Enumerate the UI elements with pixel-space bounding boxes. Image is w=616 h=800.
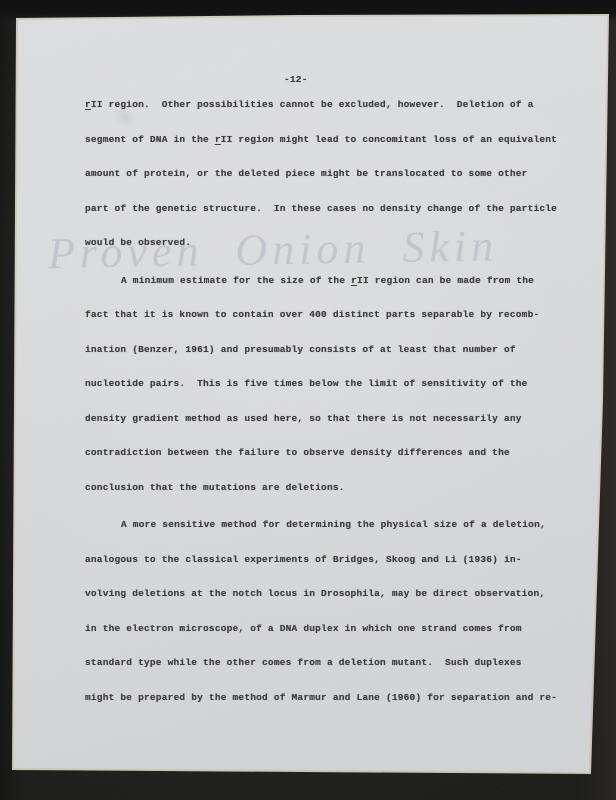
text-line: rII region. Other possibilities cannot b… <box>85 88 567 123</box>
text-segment: density gradient method as used here, so… <box>85 413 522 424</box>
text-line: nucleotide pairs. This is five times bel… <box>85 367 567 402</box>
text-segment: A more sensitive method for determining … <box>121 519 546 530</box>
text-segment: II region might lead to concomitant loss… <box>221 134 557 145</box>
text-line: density gradient method as used here, so… <box>85 402 567 437</box>
paragraph: A minimum estimate for the size of the r… <box>85 264 567 506</box>
text-line: amount of protein, or the deleted piece … <box>85 157 567 192</box>
page-body: rII region. Other possibilities cannot b… <box>85 88 567 715</box>
text-line: contradiction between the failure to obs… <box>85 436 567 471</box>
text-segment: A minimum estimate for the size of the <box>121 275 351 286</box>
text-line: fact that it is known to contain over 40… <box>85 298 567 333</box>
text-line: might be prepared by the method of Marmu… <box>85 681 567 716</box>
text-segment: nucleotide pairs. This is five times bel… <box>85 378 528 389</box>
text-segment: conclusion that the mutations are deleti… <box>85 482 345 493</box>
text-line: part of the genetic structure. In these … <box>85 192 567 227</box>
text-segment: volving deletions at the notch locus in … <box>85 588 545 599</box>
text-segment: would be observed. <box>85 237 191 248</box>
paragraph: A more sensitive method for determining … <box>85 508 567 715</box>
text-segment: segment of DNA in the <box>85 134 215 145</box>
paragraph: rII region. Other possibilities cannot b… <box>85 88 567 261</box>
text-segment: analogous to the classical experiments o… <box>85 554 522 565</box>
text-line: segment of DNA in the rII region might l… <box>85 123 567 158</box>
text-line: standard type while the other comes from… <box>85 646 567 681</box>
scanned-page-scene: Proven Onion Skin -12- rII region. Other… <box>0 0 616 800</box>
text-line: A more sensitive method for determining … <box>85 508 567 543</box>
text-line: ination (Benzer, 1961) and presumably co… <box>85 333 567 368</box>
text-segment: part of the genetic structure. In these … <box>85 203 557 214</box>
text-line: analogous to the classical experiments o… <box>85 543 567 578</box>
text-line: A minimum estimate for the size of the r… <box>85 264 567 299</box>
page-number: -12- <box>284 74 308 85</box>
text-segment: might be prepared by the method of Marmu… <box>85 692 557 703</box>
text-line: conclusion that the mutations are deleti… <box>85 471 567 506</box>
text-line: in the electron microscope, of a DNA dup… <box>85 612 567 647</box>
text-segment: fact that it is known to contain over 40… <box>85 309 539 320</box>
text-line: would be observed. <box>85 226 567 261</box>
text-segment: ination (Benzer, 1961) and presumably co… <box>85 344 516 355</box>
text-segment: II region. Other possibilities cannot be… <box>91 99 534 110</box>
text-segment: contradiction between the failure to obs… <box>85 447 510 458</box>
text-segment: amount of protein, or the deleted piece … <box>85 168 528 179</box>
text-line: volving deletions at the notch locus in … <box>85 577 567 612</box>
text-segment: in the electron microscope, of a DNA dup… <box>85 623 522 634</box>
text-segment: standard type while the other comes from… <box>85 657 522 668</box>
text-segment: II region can be made from the <box>357 275 534 286</box>
